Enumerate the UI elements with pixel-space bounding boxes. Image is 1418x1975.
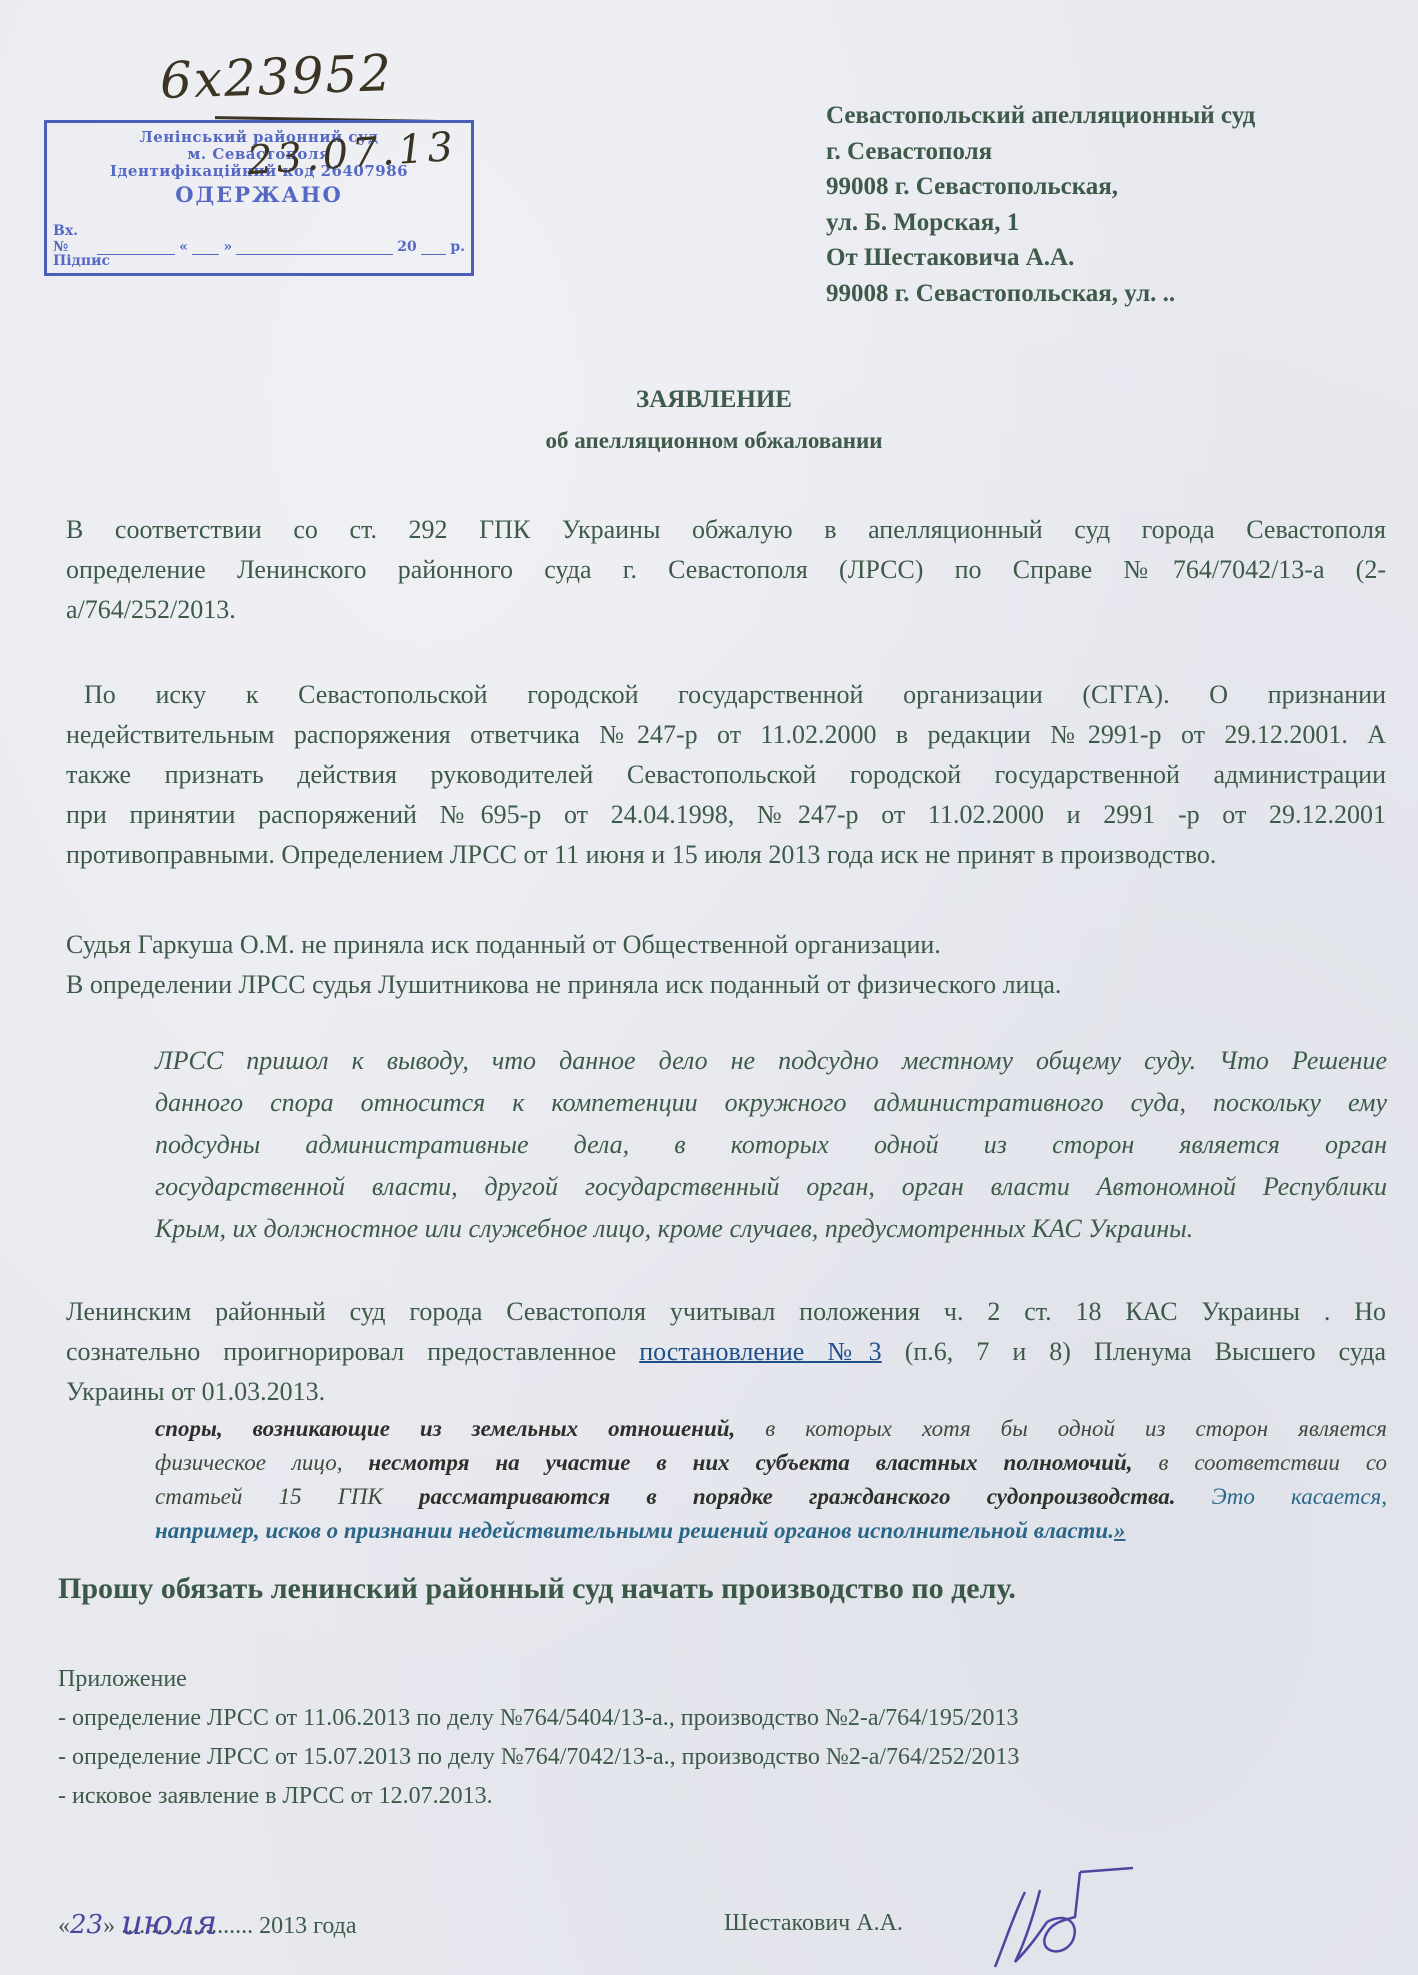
appendix-item: - определение ЛРСС от 15.07.2013 по делу… — [58, 1738, 1019, 1777]
bold-span: несмотря на участие в них субъекта власт… — [368, 1450, 1132, 1475]
signature-date: «23» ...................... июля 2013 го… — [58, 1910, 357, 1940]
stamp-quote-open: « — [179, 239, 188, 255]
text-line: а/764/252/2013. — [66, 590, 1386, 630]
paragraph-plenum-resolution: Ленинским районный суд города Севастопол… — [66, 1292, 1386, 1412]
highlight-span: Это касается, — [1175, 1484, 1387, 1509]
addressee-postal: 99008 г. Севастопольская, — [826, 169, 1255, 205]
handwritten-day: 23 — [70, 1910, 103, 1940]
quote-plenum-excerpt: споры, возникающие из земельных отношени… — [155, 1412, 1387, 1548]
paragraph-claim-description: По иску к Севастопольской городской госу… — [66, 675, 1386, 875]
sender-address: 99008 г. Севастопольская, ул. .. — [826, 276, 1255, 312]
text-span: статьей 15 ГПК — [155, 1484, 419, 1509]
date-year: 2013 года — [259, 1913, 356, 1939]
addressee-block: Севастопольский апелляционный суд г. Сев… — [826, 98, 1255, 311]
text-line: данного спора относится к компетенции ок… — [155, 1082, 1387, 1124]
bold-span: споры, возникающие из земельных отношени… — [155, 1416, 735, 1441]
quote-court-conclusion: ЛРСС пришол к выводу, что данное дело не… — [155, 1040, 1387, 1250]
appendix-list: Приложение - определение ЛРСС от 11.06.2… — [58, 1660, 1019, 1816]
addressee-city: г. Севастополя — [826, 134, 1255, 170]
stamp-received-label: ОДЕРЖАНО — [47, 182, 471, 208]
text-line: подсудны административные дела, в которы… — [155, 1124, 1387, 1166]
addressee-court: Севастопольский апелляционный суд — [826, 98, 1255, 134]
text-line: ЛРСС пришол к выводу, что данное дело не… — [155, 1040, 1387, 1082]
text-line: По иску к Севастопольской городской госу… — [66, 675, 1386, 715]
text-span: в которых хотя бы одной из сторон являет… — [735, 1416, 1387, 1441]
stamp-signature-label: Підпис — [53, 253, 110, 269]
text-span: сознательно проигнорировал предоставленн… — [66, 1337, 639, 1366]
text-line: споры, возникающие из земельных отношени… — [155, 1412, 1387, 1446]
stamp-year-suffix: р. — [450, 239, 465, 255]
stamp-day-blank — [192, 242, 220, 255]
text-line: Украины от 01.03.2013. — [66, 1372, 1386, 1412]
scanned-document-page: 6x23952 Ленінський районний суд м. Севас… — [0, 0, 1418, 1975]
text-line: физическое лицо, несмотря на участие в н… — [155, 1446, 1387, 1480]
stamp-month-blank — [236, 242, 393, 255]
text-line: при принятии распоряжений №695-р от 24.0… — [66, 795, 1386, 835]
stamp-incoming-label: Вх.№ — [53, 223, 93, 255]
text-line: Ленинским районный суд города Севастопол… — [66, 1292, 1386, 1332]
highlight-span: например, исков о признании недействител… — [155, 1518, 1114, 1543]
text-line: Крым, их должностное или служебное лицо,… — [155, 1208, 1387, 1250]
text-line: В соответствии со ст. 292 ГПК Украины об… — [66, 510, 1386, 550]
text-line: В определении ЛРСС судья Лушитникова не … — [66, 965, 1386, 1005]
text-span: (п.6, 7 и 8) Пленума Высшего суда — [882, 1337, 1386, 1366]
text-line: Судья Гаркуша О.М. не приняла иск поданн… — [66, 925, 1386, 965]
stamp-quote-close: » — [223, 239, 232, 255]
text-line: статьей 15 ГПК рассматриваются в порядке… — [155, 1480, 1387, 1514]
document-title: ЗАЯВЛЕНИЕ — [0, 386, 1418, 414]
text-line: также признать действия руководителей Се… — [66, 755, 1386, 795]
appendix-item: - определение ЛРСС от 11.06.2013 по делу… — [58, 1699, 1019, 1738]
resolution-3-link[interactable]: постановление №3 — [639, 1337, 881, 1366]
sender-name: От Шестаковича А.А. — [826, 240, 1255, 276]
handwritten-signature — [985, 1862, 1135, 1972]
handwritten-registration-number: 6x23952 — [159, 44, 394, 110]
request-statement: Прошу обязать ленинский районный суд нач… — [58, 1572, 1016, 1606]
paragraph-appeal-basis: В соответствии со ст. 292 ГПК Украины об… — [66, 510, 1386, 630]
handwritten-month: июля — [121, 1903, 217, 1943]
bold-span: рассматриваются в порядке гражданского с… — [419, 1484, 1175, 1509]
paragraph-judges: Судья Гаркуша О.М. не приняла иск поданн… — [66, 925, 1386, 1005]
document-subtitle: об апелляционном обжаловании — [0, 428, 1418, 454]
text-line: недействительным распоряжения ответчика … — [66, 715, 1386, 755]
text-line: сознательно проигнорировал предоставленн… — [66, 1332, 1386, 1372]
text-span: физическое лицо, — [155, 1450, 368, 1475]
stamp-year-blank — [421, 242, 447, 255]
text-line: противоправными. Определением ЛРСС от 11… — [66, 835, 1386, 875]
stamp-incoming-row: Вх.№ « » 20 р. — [53, 223, 465, 255]
appendix-item: - исковое заявление в ЛРСС от 12.07.2013… — [58, 1777, 1019, 1816]
addressee-street: ул. Б. Морская, 1 — [826, 205, 1255, 241]
quote-close-link[interactable]: » — [1114, 1518, 1126, 1543]
text-line: государственной власти, другой государст… — [155, 1166, 1387, 1208]
signer-name: Шестакович А.А. — [724, 1910, 903, 1937]
text-line: например, исков о признании недействител… — [155, 1514, 1387, 1548]
text-span: в соответствии со — [1133, 1450, 1387, 1475]
quote-close: » — [103, 1913, 115, 1939]
appendix-heading: Приложение — [58, 1660, 1019, 1699]
stamp-year-prefix: 20 — [397, 239, 416, 255]
text-line: определение Ленинского районного суда г.… — [66, 550, 1386, 590]
court-reception-stamp: Ленінський районний суд м. Севастополя І… — [44, 120, 474, 276]
quote-open: « — [58, 1913, 70, 1939]
